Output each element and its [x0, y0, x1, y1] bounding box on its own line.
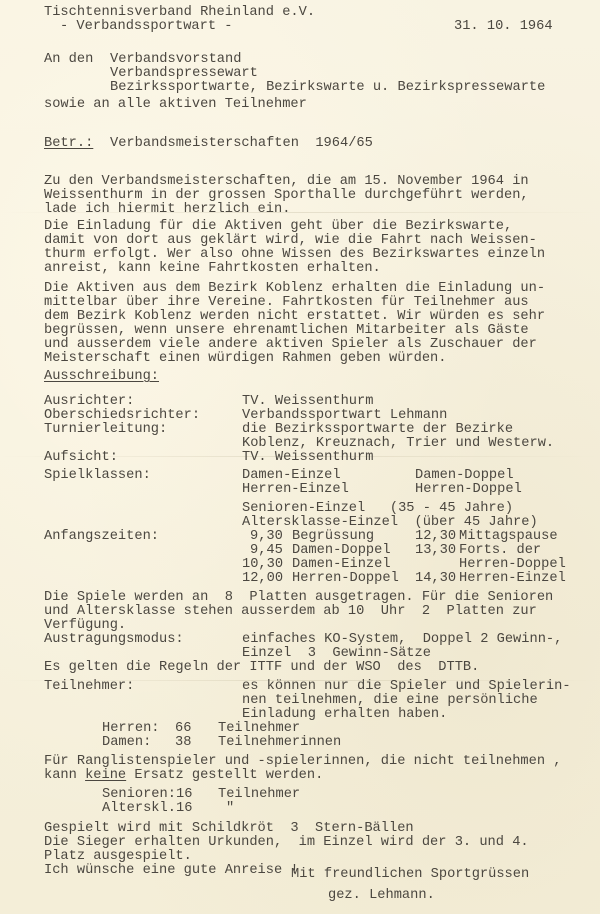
schedule-event: Forts. der	[459, 544, 541, 558]
teilnehmer-value: es können nur die Spieler und Spielerin-	[242, 680, 571, 694]
count-value: 66	[175, 722, 191, 736]
letterhead-org: Tischtennisverband Rheinland e.V.	[44, 6, 315, 20]
schedule-event: Herren-Doppel	[459, 558, 566, 572]
ersatz-emphasis: keine	[85, 768, 126, 783]
schedule-event: Damen-Doppel	[292, 544, 391, 558]
start-time: 12,00	[242, 572, 283, 586]
schedule-event: Herren-Doppel	[292, 572, 399, 586]
spielklasse: Senioren-Einzel (35 - 45 Jahre)	[242, 502, 513, 516]
schedule-event: Herren-Einzel	[459, 572, 566, 586]
platten-text: Die Spiele werden an 8 Platten ausgetrag…	[44, 591, 553, 605]
spielklassen-label: Spielklassen:	[44, 469, 151, 483]
field-value: TV. Weissenthurm	[242, 451, 373, 465]
field-label: Oberschiedsrichter:	[44, 409, 200, 423]
field-value: die Bezirkssportwarte der Bezirke	[242, 423, 513, 437]
closing-line: Gespielt wird mit Schildkröt 3 Stern-Bäl…	[44, 822, 414, 836]
closing-line: Ich wünsche eine gute Anreise !	[44, 864, 299, 878]
field-label: Aufsicht:	[44, 451, 118, 465]
letter-date: 31. 10. 1964	[454, 20, 553, 34]
ersatz-part: kann	[44, 768, 85, 783]
platten-text: Verfügung.	[44, 619, 126, 633]
paragraph-line: Die Einladung für die Aktiven geht über …	[44, 220, 512, 234]
paragraph-line: damit von dort aus geklärt wird, wie die…	[44, 234, 537, 248]
count-value: 16	[176, 788, 192, 802]
paragraph-line: Meisterschaft einen würdigen Rahmen gebe…	[44, 352, 446, 366]
regeln-text: Es gelten die Regeln der ITTF und der WS…	[44, 661, 479, 675]
schedule-event: Begrüssung	[292, 530, 374, 544]
paragraph-line: anreist, kann keine Fahrtkosten erhalten…	[44, 262, 381, 276]
modus-label: Austragungsmodus:	[44, 633, 184, 647]
ersatz-text: Für Ranglistenspieler und -spielerinnen,…	[44, 755, 561, 769]
spielklasse: Altersklasse-Einzel (über 45 Jahre)	[242, 516, 538, 530]
spielklasse: Damen-Einzel	[242, 469, 341, 483]
start-time: 9,30	[250, 530, 283, 544]
schedule-event: Mittagspause	[459, 530, 558, 544]
subject-text: Verbandsmeisterschaften 1964/65	[110, 137, 373, 151]
spielklasse: Herren-Einzel	[242, 483, 349, 497]
paragraph-line: und ausserdem viele andere aktiven Spiel…	[44, 338, 537, 352]
count-value: 16	[176, 802, 192, 816]
recipient-also: sowie an alle aktiven Teilnehmer	[44, 98, 307, 112]
paragraph-line: lade ich hiermit herzlich ein.	[44, 203, 290, 217]
count-label: Herren:	[102, 722, 160, 736]
start-time: 9,45	[250, 544, 283, 558]
count-unit: Teilnehmer	[218, 788, 300, 802]
count-unit: Teilnehmerinnen	[218, 736, 341, 750]
modus-value: einfaches KO-System, Doppel 2 Gewinn-,	[242, 633, 562, 647]
start-time: 14,30	[415, 572, 456, 586]
paragraph-line: thurm erfolgt. Wer also ohne Wissen des …	[44, 248, 545, 262]
ausschreibung-heading: Ausschreibung:	[44, 370, 159, 384]
start-time: 10,30	[242, 558, 283, 572]
paragraph-line: mittelbar über ihre Vereine. Fahrtkosten…	[44, 296, 529, 310]
count-label: Senioren:	[102, 788, 176, 802]
field-label: Ausrichter:	[44, 395, 134, 409]
paragraph-line: Weissenthurm in der grossen Sporthalle d…	[44, 189, 529, 203]
paragraph-line: Die Aktiven aus dem Bezirk Koblenz erhal…	[44, 282, 545, 296]
spielklasse: Damen-Doppel	[415, 469, 514, 483]
letter-page: Tischtennisverband Rheinland e.V. - Verb…	[0, 0, 600, 914]
paragraph-line: begrüssen, wenn unsere ehrenamtlichen Mi…	[44, 324, 529, 338]
field-value: Verbandssportwart Lehmann	[242, 409, 447, 423]
start-time: 13,30	[415, 544, 456, 558]
closing-line: Die Sieger erhalten Urkunden, im Einzel …	[44, 836, 529, 850]
modus-value: Einzel 3 Gewinn-Sätze	[242, 647, 431, 661]
start-time: 12,30	[415, 530, 456, 544]
ersatz-part: Ersatz gestellt werden.	[126, 768, 323, 783]
signature-name: gez. Lehmann.	[328, 889, 435, 903]
count-unit: "	[226, 802, 234, 816]
recipient-line: Verbandsvorstand	[110, 53, 241, 67]
count-label: Damen:	[102, 736, 151, 750]
field-value: Koblenz, Kreuznach, Trier und Westerw.	[242, 437, 554, 451]
count-value: 38	[175, 736, 191, 750]
signature-greeting: Mit freundlichen Sportgrüssen	[291, 868, 529, 882]
subject-label: Betr.:	[44, 137, 93, 151]
teilnehmer-label: Teilnehmer:	[44, 680, 134, 694]
recipient-prefix: An den	[44, 53, 93, 67]
teilnehmer-value: nen teilnehmen, die eine persönliche	[242, 694, 538, 708]
anfangszeiten-label: Anfangszeiten:	[44, 530, 159, 544]
ersatz-text: kann keine Ersatz gestellt werden.	[44, 769, 323, 783]
recipient-line: Bezirkssportwarte, Bezirkswarte u. Bezir…	[110, 81, 545, 95]
field-value: TV. Weissenthurm	[242, 395, 373, 409]
teilnehmer-value: Einladung erhalten haben.	[242, 708, 447, 722]
paragraph-line: Zu den Verbandsmeisterschaften, die am 1…	[44, 175, 529, 189]
closing-line: Platz ausgespielt.	[44, 850, 192, 864]
spielklasse: Herren-Doppel	[415, 483, 522, 497]
letterhead-dept: - Verbandssportwart -	[60, 20, 233, 34]
field-label: Turnierleitung:	[44, 423, 167, 437]
count-label: Alterskl.	[102, 802, 176, 816]
paragraph-line: dem Bezirk Koblenz werden nicht erstatte…	[44, 310, 545, 324]
schedule-event: Damen-Einzel	[292, 558, 391, 572]
recipient-line: Verbandspressewart	[110, 67, 258, 81]
count-unit: Teilnehmer	[218, 722, 300, 736]
platten-text: und Altersklasse stehen ausserdem ab 10 …	[44, 605, 537, 619]
